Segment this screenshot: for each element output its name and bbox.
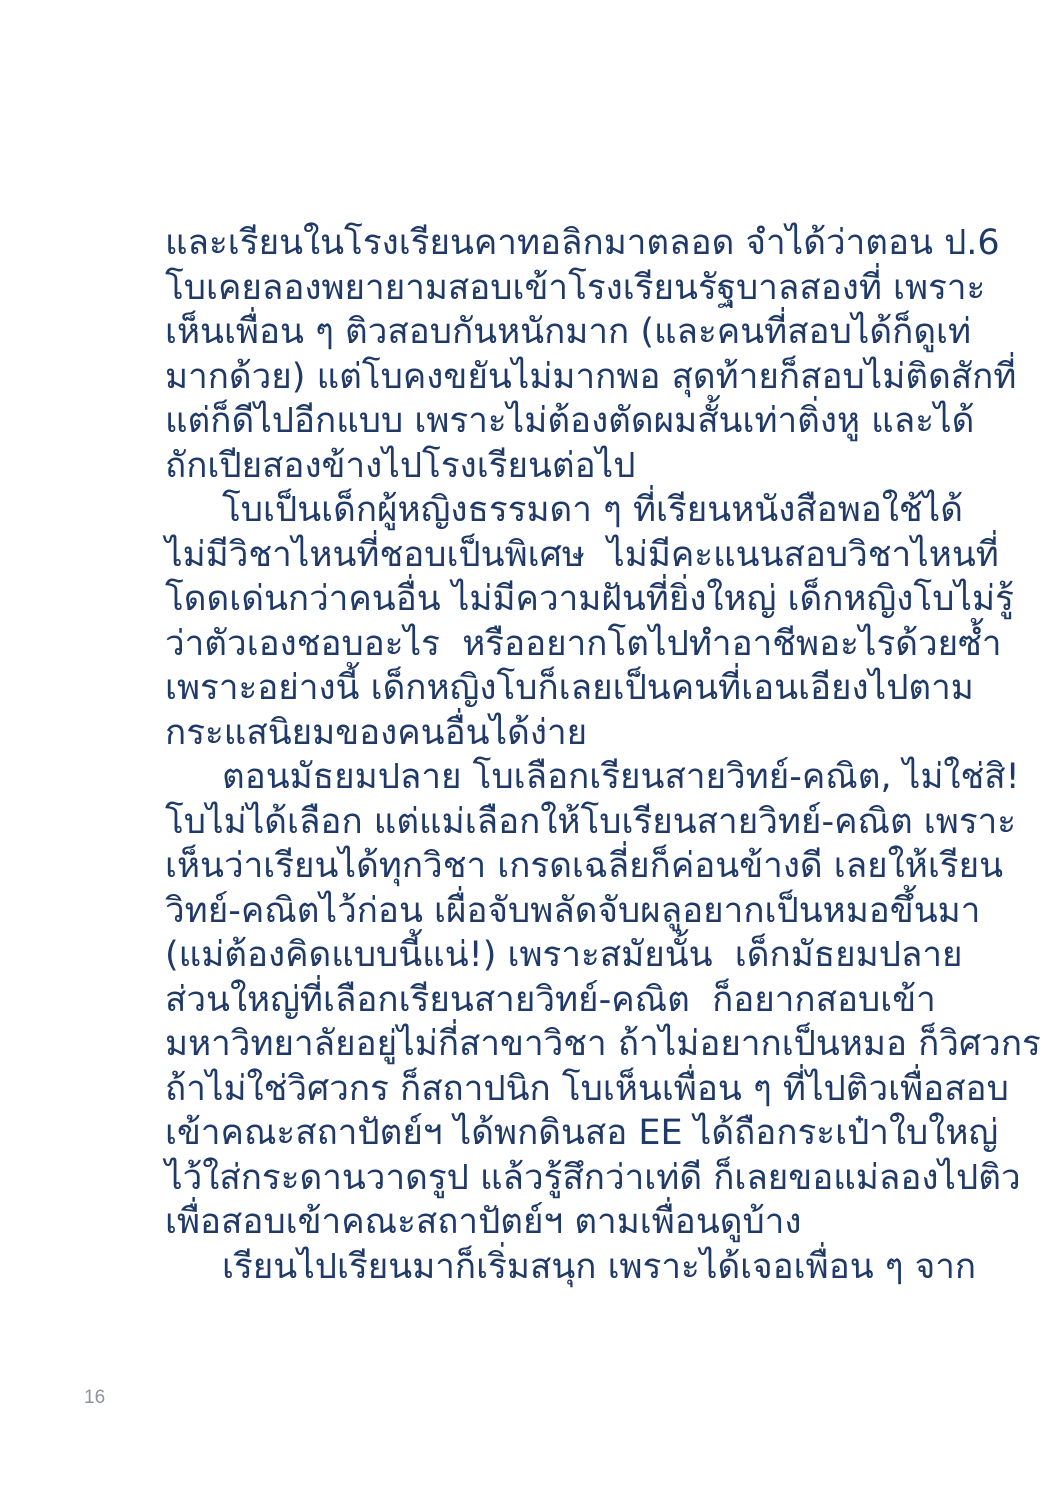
text-line: ถ้าไม่ใช่วิศวกร ก็สถาปนิก โบเห็นเพื่อน ๆ… [165,1067,890,1112]
text-line: ไม่มีวิชาไหนที่ชอบเป็นพิเศษ ไม่มีคะแนนสอ… [165,533,890,578]
text-line: เข้าคณะสถาปัตย์ฯ ได้พกดินสอ EE ได้ถือกระ… [165,1111,890,1156]
text-line: เพื่อสอบเข้าคณะสถาปัตย์ฯ ตามเพื่อนดูบ้าง [165,1200,890,1245]
text-line: โบไม่ได้เลือก แต่แม่เลือกให้โบเรียนสายวิ… [165,800,890,845]
text-line: ส่วนใหญ่ที่เลือกเรียนสายวิทย์-คณิต ก็อยา… [165,978,890,1023]
text-line: มากด้วย) แต่โบคงขยันไม่มากพอ สุดท้ายก็สอ… [165,355,890,400]
text-line: โบเคยลองพยายามสอบเข้าโรงเรียนรัฐบาลสองที… [165,266,890,311]
text-line: แต่ก็ดีไปอีกแบบ เพราะไม่ต้องตัดผมสั้นเท่… [165,399,890,444]
page-number: 16 [84,1386,105,1410]
text-line: ไว้ใส่กระดานวาดรูป แล้วรู้สึกว่าเท่ดี ก็… [165,1156,890,1201]
text-line: กระแสนิยมของคนอื่นได้ง่าย [165,711,890,756]
text-line: วิทย์-คณิตไว้ก่อน เผื่อจับพลัดจับผลูอยาก… [165,889,890,934]
text-line: มหาวิทยาลัยอยู่ไม่กี่สาขาวิชา ถ้าไม่อยาก… [165,1022,890,1067]
text-line-paragraph-start: เรียนไปเรียนมาก็เริ่มสนุก เพราะได้เจอเพื… [165,1245,890,1290]
text-line-paragraph-start: โบเป็นเด็กผู้หญิงธรรมดา ๆ ที่เรียนหนังสื… [165,488,890,533]
text-line: และเรียนในโรงเรียนคาทอลิกมาตลอด จำได้ว่า… [165,221,890,266]
book-page: และเรียนในโรงเรียนคาทอลิกมาตลอด จำได้ว่า… [0,0,1048,1488]
text-line: เห็นว่าเรียนได้ทุกวิชา เกรดเฉลี่ยก็ค่อนข… [165,844,890,889]
text-line: ถักเปียสองข้างไปโรงเรียนต่อไป [165,444,890,489]
text-line: (แม่ต้องคิดแบบนี้แน่!) เพราะสมัยนั้น เด็… [165,933,890,978]
text-line: โดดเด่นกว่าคนอื่น ไม่มีความฝันที่ยิ่งใหญ… [165,577,890,622]
body-text: และเรียนในโรงเรียนคาทอลิกมาตลอด จำได้ว่า… [165,221,890,1289]
text-line: เพราะอย่างนี้ เด็กหญิงโบก็เลยเป็นคนที่เอ… [165,666,890,711]
text-line: ว่าตัวเองชอบอะไร หรืออยากโตไปทำอาชีพอะไร… [165,622,890,667]
text-line: เห็นเพื่อน ๆ ติวสอบกันหนักมาก (และคนที่ส… [165,310,890,355]
text-line-paragraph-start: ตอนมัธยมปลาย โบเลือกเรียนสายวิทย์-คณิต, … [165,755,890,800]
